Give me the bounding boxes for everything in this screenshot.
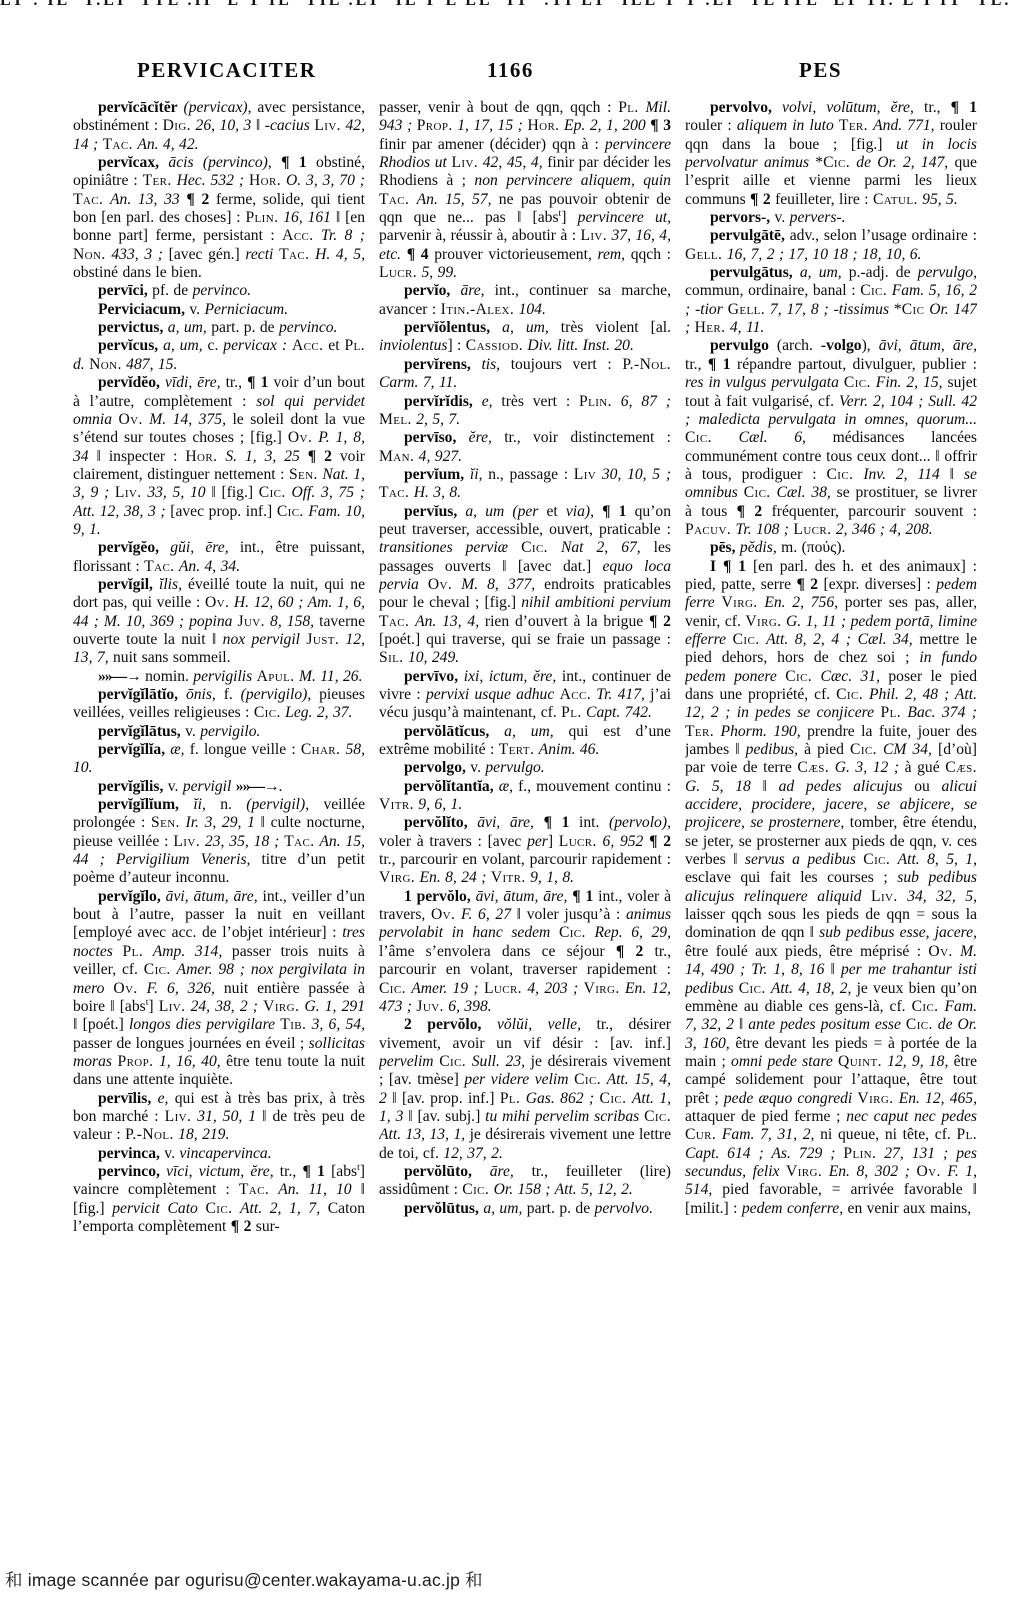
dictionary-entry: pervinco, vīci, victum, ĕre, tr., ¶ 1 [a…	[73, 1163, 365, 1236]
dictionary-entry: 2 pervŏlo, vŏlŭi, velle, tr., désirer vi…	[379, 1016, 671, 1163]
dictionary-entry: pervulgo (arch. -volgo), āvi, ātum, āre,…	[685, 337, 977, 539]
dictionary-entry: pervĭus, a, um (per et via), ¶ 1 qu’on p…	[379, 503, 671, 668]
dictionary-entry: pervīvo, ixi, ictum, ĕre, int., continue…	[379, 668, 671, 723]
dictionary-entry: pervŏlātĭcus, a, um, qui est d’une extrê…	[379, 723, 671, 760]
dictionary-entry: pervīlis, e, qui est à très bas prix, à …	[73, 1090, 365, 1145]
dictionary-entry: pervŏlūto, āre, tr., feuilleter (lire) a…	[379, 1163, 671, 1200]
dictionary-entry: passer, venir à bout de qqn, qqch : Pl. …	[379, 99, 671, 282]
dictionary-entry: pervĭgĕo, gŭi, ēre, int., être puissant,…	[73, 539, 365, 576]
dictionary-entry: pervĭgĭlātus, v. pervigilo.	[73, 723, 365, 741]
dictionary-entry: pervŏlūtus, a, um, part. p. de pervolvo.	[379, 1200, 671, 1218]
dictionary-column-2: passer, venir à bout de qqn, qqch : Pl. …	[379, 99, 671, 1549]
dictionary-entry: pervĭcācĭtĕr (pervicax), avec persistanc…	[73, 99, 365, 154]
dictionary-entry: pervĭrens, tis, toujours vert : P.-Nol. …	[379, 356, 671, 393]
dictionary-entry: pervĭgil, ĭlis, éveillé toute la nuit, q…	[73, 576, 365, 668]
dictionary-entry: »»—→ nomin. pervigilis Apul. M. 11, 26.	[73, 668, 365, 686]
dictionary-entry: pervors-, v. pervers-.	[685, 209, 977, 227]
dictionary-entry: pervĭgĭlo, āvi, ātum, āre, int., veiller…	[73, 888, 365, 1090]
dictionary-entry: pervĭo, āre, int., continuer sa marche, …	[379, 282, 671, 319]
dictionary-entry: pervĭcus, a, um, c. pervicax : Acc. et P…	[73, 337, 365, 374]
dictionary-entry: Perviciacum, v. Perniciacum.	[73, 301, 365, 319]
dictionary-entry: pervīci, pf. de pervinco.	[73, 282, 365, 300]
dictionary-entry: pervictus, a, um, part. p. de pervinco.	[73, 319, 365, 337]
dictionary-entry: pervĭgĭlĭa, æ, f. longue veille : Char. …	[73, 741, 365, 778]
dictionary-column-1: pervĭcācĭtĕr (pervicax), avec persistanc…	[73, 99, 365, 1549]
scan-artifact-strip: LT'. IL 'T.LI' TTL .II' L'T IL' TIL .LT …	[0, 0, 1024, 11]
scan-credit: 和 image scannée par ogurisu@center.wakay…	[5, 1567, 483, 1592]
dictionary-entry: pēs, pĕdis, m. (πούς).	[685, 539, 977, 557]
scan-artifact-text: LT'. IL 'T.LI' TTL .II' L'T IL' TIL .LT …	[0, 0, 1024, 10]
running-head: PERVICACITER 1166 PES	[0, 58, 1024, 88]
dictionary-entry: pervulgātus, a, um, p.-adj. de pervulgo,…	[685, 264, 977, 337]
dictionary-entry: 1 pervŏlo, āvi, ātum, āre, ¶ 1 int., vol…	[379, 888, 671, 1016]
dictionary-entry: pervŏlĭto, āvi, āre, ¶ 1 int. (pervolo),…	[379, 814, 671, 887]
dictionary-entry: pervĭum, ĭi, n., passage : Liv 30, 10, 5…	[379, 466, 671, 503]
dictionary-entry: pervinca, v. vincapervinca.	[73, 1145, 365, 1163]
dictionary-entry: pervĭrĭdis, e, très vert : Plin. 6, 87 ;…	[379, 393, 671, 430]
dictionary-entry: pervĭŏlentus, a, um, très violent [al. i…	[379, 319, 671, 356]
dictionary-entry: pervĭgĭlis, v. pervigil »»—→.	[73, 778, 365, 796]
dictionary-entry: pervĭcax, ācis (pervinco), ¶ 1 obstiné, …	[73, 154, 365, 282]
dictionary-entry: pervīso, ĕre, tr., voir distinctement : …	[379, 429, 671, 466]
scanned-dictionary-page: { "page": { "scan_artifact": "LT'. IL 'T…	[0, 0, 1024, 1600]
running-head-right-keyword: PES	[799, 58, 842, 83]
dictionary-entry: pervĭgĭlātĭo, ōnis, f. (pervigilo), pieu…	[73, 686, 365, 723]
dictionary-entry: pervĭdĕo, vīdi, ēre, tr., ¶ 1 voir d’un …	[73, 374, 365, 539]
dictionary-entry: pervolvo, volvi, volūtum, ĕre, tr., ¶ 1 …	[685, 99, 977, 209]
dictionary-entry: pervulgātē, adv., selon l’usage ordinair…	[685, 227, 977, 264]
dictionary-entry: pervĭgĭlĭum, ĭi, n. (pervigil), veillée …	[73, 796, 365, 888]
dictionary-column-3: pervolvo, volvi, volūtum, ĕre, tr., ¶ 1 …	[685, 99, 977, 1549]
dictionary-entry: pervolgo, v. pervulgo.	[379, 759, 671, 777]
dictionary-entry: I ¶ 1 [en parl. des h. et des animaux] :…	[685, 558, 977, 1218]
page-number: 1166	[487, 58, 534, 83]
dictionary-body: pervĭcācĭtĕr (pervicax), avec persistanc…	[73, 99, 977, 1549]
running-head-left-keyword: PERVICACITER	[137, 58, 316, 83]
dictionary-entry: pervŏlĭtantĭa, æ, f., mouvement continu …	[379, 778, 671, 815]
